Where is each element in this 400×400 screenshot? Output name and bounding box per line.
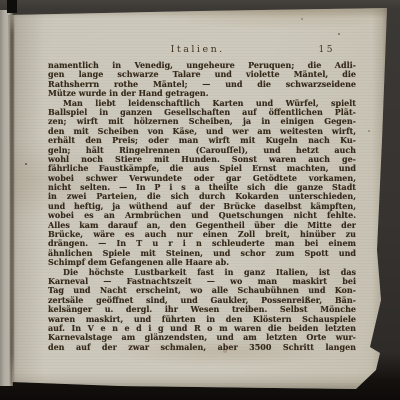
- text-line: gen lange schwarze Talare und violette M…: [48, 70, 356, 79]
- page-gutter-seam: [10, 12, 14, 384]
- text-line: namentlich in Venedig, ungeheure Peruque…: [48, 61, 356, 70]
- text-line: auf. In V e n e d i g und R o m waren di…: [48, 324, 356, 333]
- text-line: geln; hält Ringelrennen (Carouſſel), und…: [48, 146, 356, 155]
- text-line: drängen. — In T u r i n schleuderte man …: [48, 239, 356, 248]
- text-line: Rathsherrn rothe Mäntel; — und die schwa…: [48, 80, 356, 89]
- text-line: Alles kam darauf an, den Gegentheil über…: [48, 221, 356, 230]
- text-line: und heftig, ja wüthend auf der Brücke da…: [48, 202, 356, 211]
- text-line: ähnlichen Spiele mit Steinen, und schor …: [48, 249, 356, 258]
- text-line: Schimpf dem Gefangenen alle Haare ab.: [48, 258, 356, 267]
- text-line: wohl noch Stiere mit Hunden. Sonst waren…: [48, 155, 356, 164]
- body-text: namentlich in Venedig, ungeheure Peruque…: [48, 61, 356, 352]
- text-line: Karneval — Fastnachtszeit — wo man maski…: [48, 277, 356, 286]
- text-line: in zwei Parteien, die sich durch Kokarde…: [48, 192, 356, 201]
- text-line: nicht selten. — In P i s a theilte sich …: [48, 183, 356, 192]
- text-line: Mütze wurde in der Hand getragen.: [48, 89, 356, 98]
- text-line: Karnevalstage am glänzendsten, und am le…: [48, 333, 356, 342]
- text-line: Ballspiel in ganzen Gesellschaften auf ö…: [48, 108, 356, 117]
- text-line: kelsänger u. dergl. ihr Wesen treiben. S…: [48, 305, 356, 314]
- text-line: Man liebt leidenschaftlich Karten und Wü…: [48, 99, 356, 108]
- text-line: zertsäle geöffnet sind, und Gaukler, Pos…: [48, 296, 356, 305]
- text-line: den mit Scheiben von Käse, und wer am we…: [48, 127, 356, 136]
- text-line: Tag und Nacht erscheint, wo alle Schaubü…: [48, 286, 356, 295]
- text-line: zen; wirft mit hölzernen Scheiben, ja in…: [48, 117, 356, 126]
- text-line: wobei schwer Verwundete oder gar Getödte…: [48, 174, 356, 183]
- text-line: Die höchste Lustbarkeit fast in ganz Ita…: [48, 268, 356, 277]
- scanned-book-photo: Italien. 15 namentlich in Venedig, ungeh…: [0, 0, 400, 400]
- page-number: 15: [319, 45, 335, 55]
- paper-stain-specks: [0, 0, 2, 2]
- text-line: Brücke, wäre es auch nur einen Zoll brei…: [48, 230, 356, 239]
- text-line: fährliche Faustkämpfe, die aus Spiel Ern…: [48, 164, 356, 173]
- text-line: erhält den Preis; oder man wirft mit Kug…: [48, 136, 356, 145]
- text-line: den auf der zwar schmalen, aber 3500 Sch…: [48, 343, 356, 352]
- page-content: Italien. 15 namentlich in Venedig, ungeh…: [48, 44, 356, 61]
- running-header: Italien.: [171, 44, 225, 55]
- page-header: Italien. 15: [48, 44, 356, 61]
- text-line: waren maskirt, und führten in den Klöste…: [48, 315, 356, 324]
- text-line: wobei es an Armbrüchen und Quetschungen …: [48, 211, 356, 220]
